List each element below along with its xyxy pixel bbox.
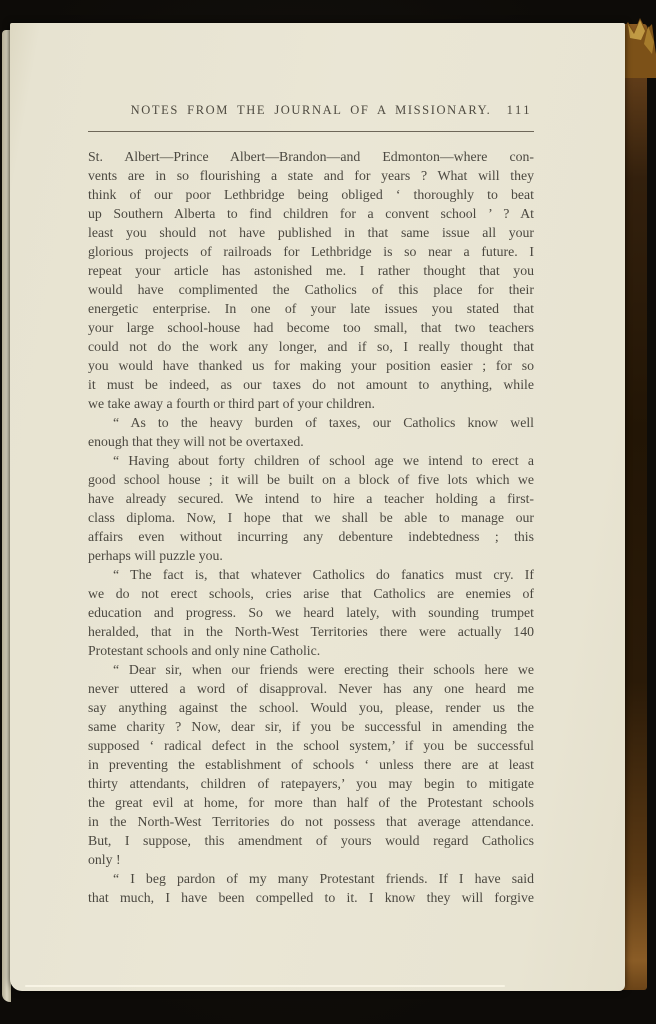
text-line: Protestant schools and only nine Catholi…	[88, 641, 534, 660]
paragraph: “ Dear sir, when our friends were erecti…	[88, 660, 534, 869]
text-line: same charity ? Now, dear sir, if you be …	[88, 717, 534, 736]
text-line: glorious projects of railroads for Lethb…	[88, 242, 534, 261]
text-line: “ I beg pardon of my many Protestant fri…	[88, 869, 534, 888]
page-bottom-edge	[25, 985, 505, 987]
text-line: “ Having about forty children of school …	[88, 451, 534, 470]
text-line: in preventing the establishment of schoo…	[88, 755, 534, 774]
text-line: repeat your article has astonished me. I…	[88, 261, 534, 280]
text-line: energetic enterprise. In one of your lat…	[88, 299, 534, 318]
text-line: say anything against the school. Would y…	[88, 698, 534, 717]
text-line: “ As to the heavy burden of taxes, our C…	[88, 413, 534, 432]
text-line: think of our poor Lethbridge being oblig…	[88, 185, 534, 204]
text-line: your large school-house had become too s…	[88, 318, 534, 337]
text-line: heralded, that in the North-West Territo…	[88, 622, 534, 641]
paragraph: St. Albert—Prince Albert—Brandon—and Edm…	[88, 147, 534, 413]
text-line: supposed ‘ radical defect in the school …	[88, 736, 534, 755]
paragraph: “ Having about forty children of school …	[88, 451, 534, 565]
text-line: we take away a fourth or third part of y…	[88, 394, 534, 413]
text-line: vents are in so flourishing a state and …	[88, 166, 534, 185]
body-text: St. Albert—Prince Albert—Brandon—and Edm…	[88, 147, 534, 907]
text-line: have already secured. We intend to hire …	[88, 489, 534, 508]
paragraph: “ As to the heavy burden of taxes, our C…	[88, 413, 534, 451]
text-line: could not do the work any longer, and if…	[88, 337, 534, 356]
running-header: NOTES FROM THE JOURNAL OF A MISSIONARY. …	[88, 103, 534, 119]
text-line: up Southern Alberta to find children for…	[88, 204, 534, 223]
text-line: “ Dear sir, when our friends were erecti…	[88, 660, 534, 679]
paragraph: “ The fact is, that whatever Catholics d…	[88, 565, 534, 660]
page-number: 111	[507, 103, 532, 118]
text-line: But, I suppose, this amendment of yours …	[88, 831, 534, 850]
running-header-title: NOTES FROM THE JOURNAL OF A MISSIONARY.	[88, 103, 534, 118]
text-line: perhaps will puzzle you.	[88, 546, 534, 565]
text-line: St. Albert—Prince Albert—Brandon—and Edm…	[88, 147, 534, 166]
text-line: the great evil at home, for more than ha…	[88, 793, 534, 812]
text-line: education and progress. So we heard late…	[88, 603, 534, 622]
scanned-book-photo: NOTES FROM THE JOURNAL OF A MISSIONARY. …	[0, 0, 656, 1024]
text-line: good school house ; it will be built on …	[88, 470, 534, 489]
text-line: that much, I have been compelled to it. …	[88, 888, 534, 907]
book-page: NOTES FROM THE JOURNAL OF A MISSIONARY. …	[10, 23, 625, 991]
text-line: “ The fact is, that whatever Catholics d…	[88, 565, 534, 584]
text-line: class diploma. Now, I hope that we shall…	[88, 508, 534, 527]
text-line: would have complimented the Catholics of…	[88, 280, 534, 299]
text-line: it must be indeed, as our taxes do not a…	[88, 375, 534, 394]
text-line: we do not erect schools, cries arise tha…	[88, 584, 534, 603]
text-line: affairs even without incurring any deben…	[88, 527, 534, 546]
text-line: you would have thanked us for making you…	[88, 356, 534, 375]
text-line: never uttered a word of disapproval. Nev…	[88, 679, 534, 698]
text-line: enough that they will not be overtaxed.	[88, 432, 534, 451]
text-line: thirty attendants, children of ratepayer…	[88, 774, 534, 793]
paragraph: “ I beg pardon of my many Protestant fri…	[88, 869, 534, 907]
text-line: least you should not have published in t…	[88, 223, 534, 242]
header-rule	[88, 131, 534, 132]
text-line: only !	[88, 850, 534, 869]
text-line: in the North-West Territories do not pos…	[88, 812, 534, 831]
